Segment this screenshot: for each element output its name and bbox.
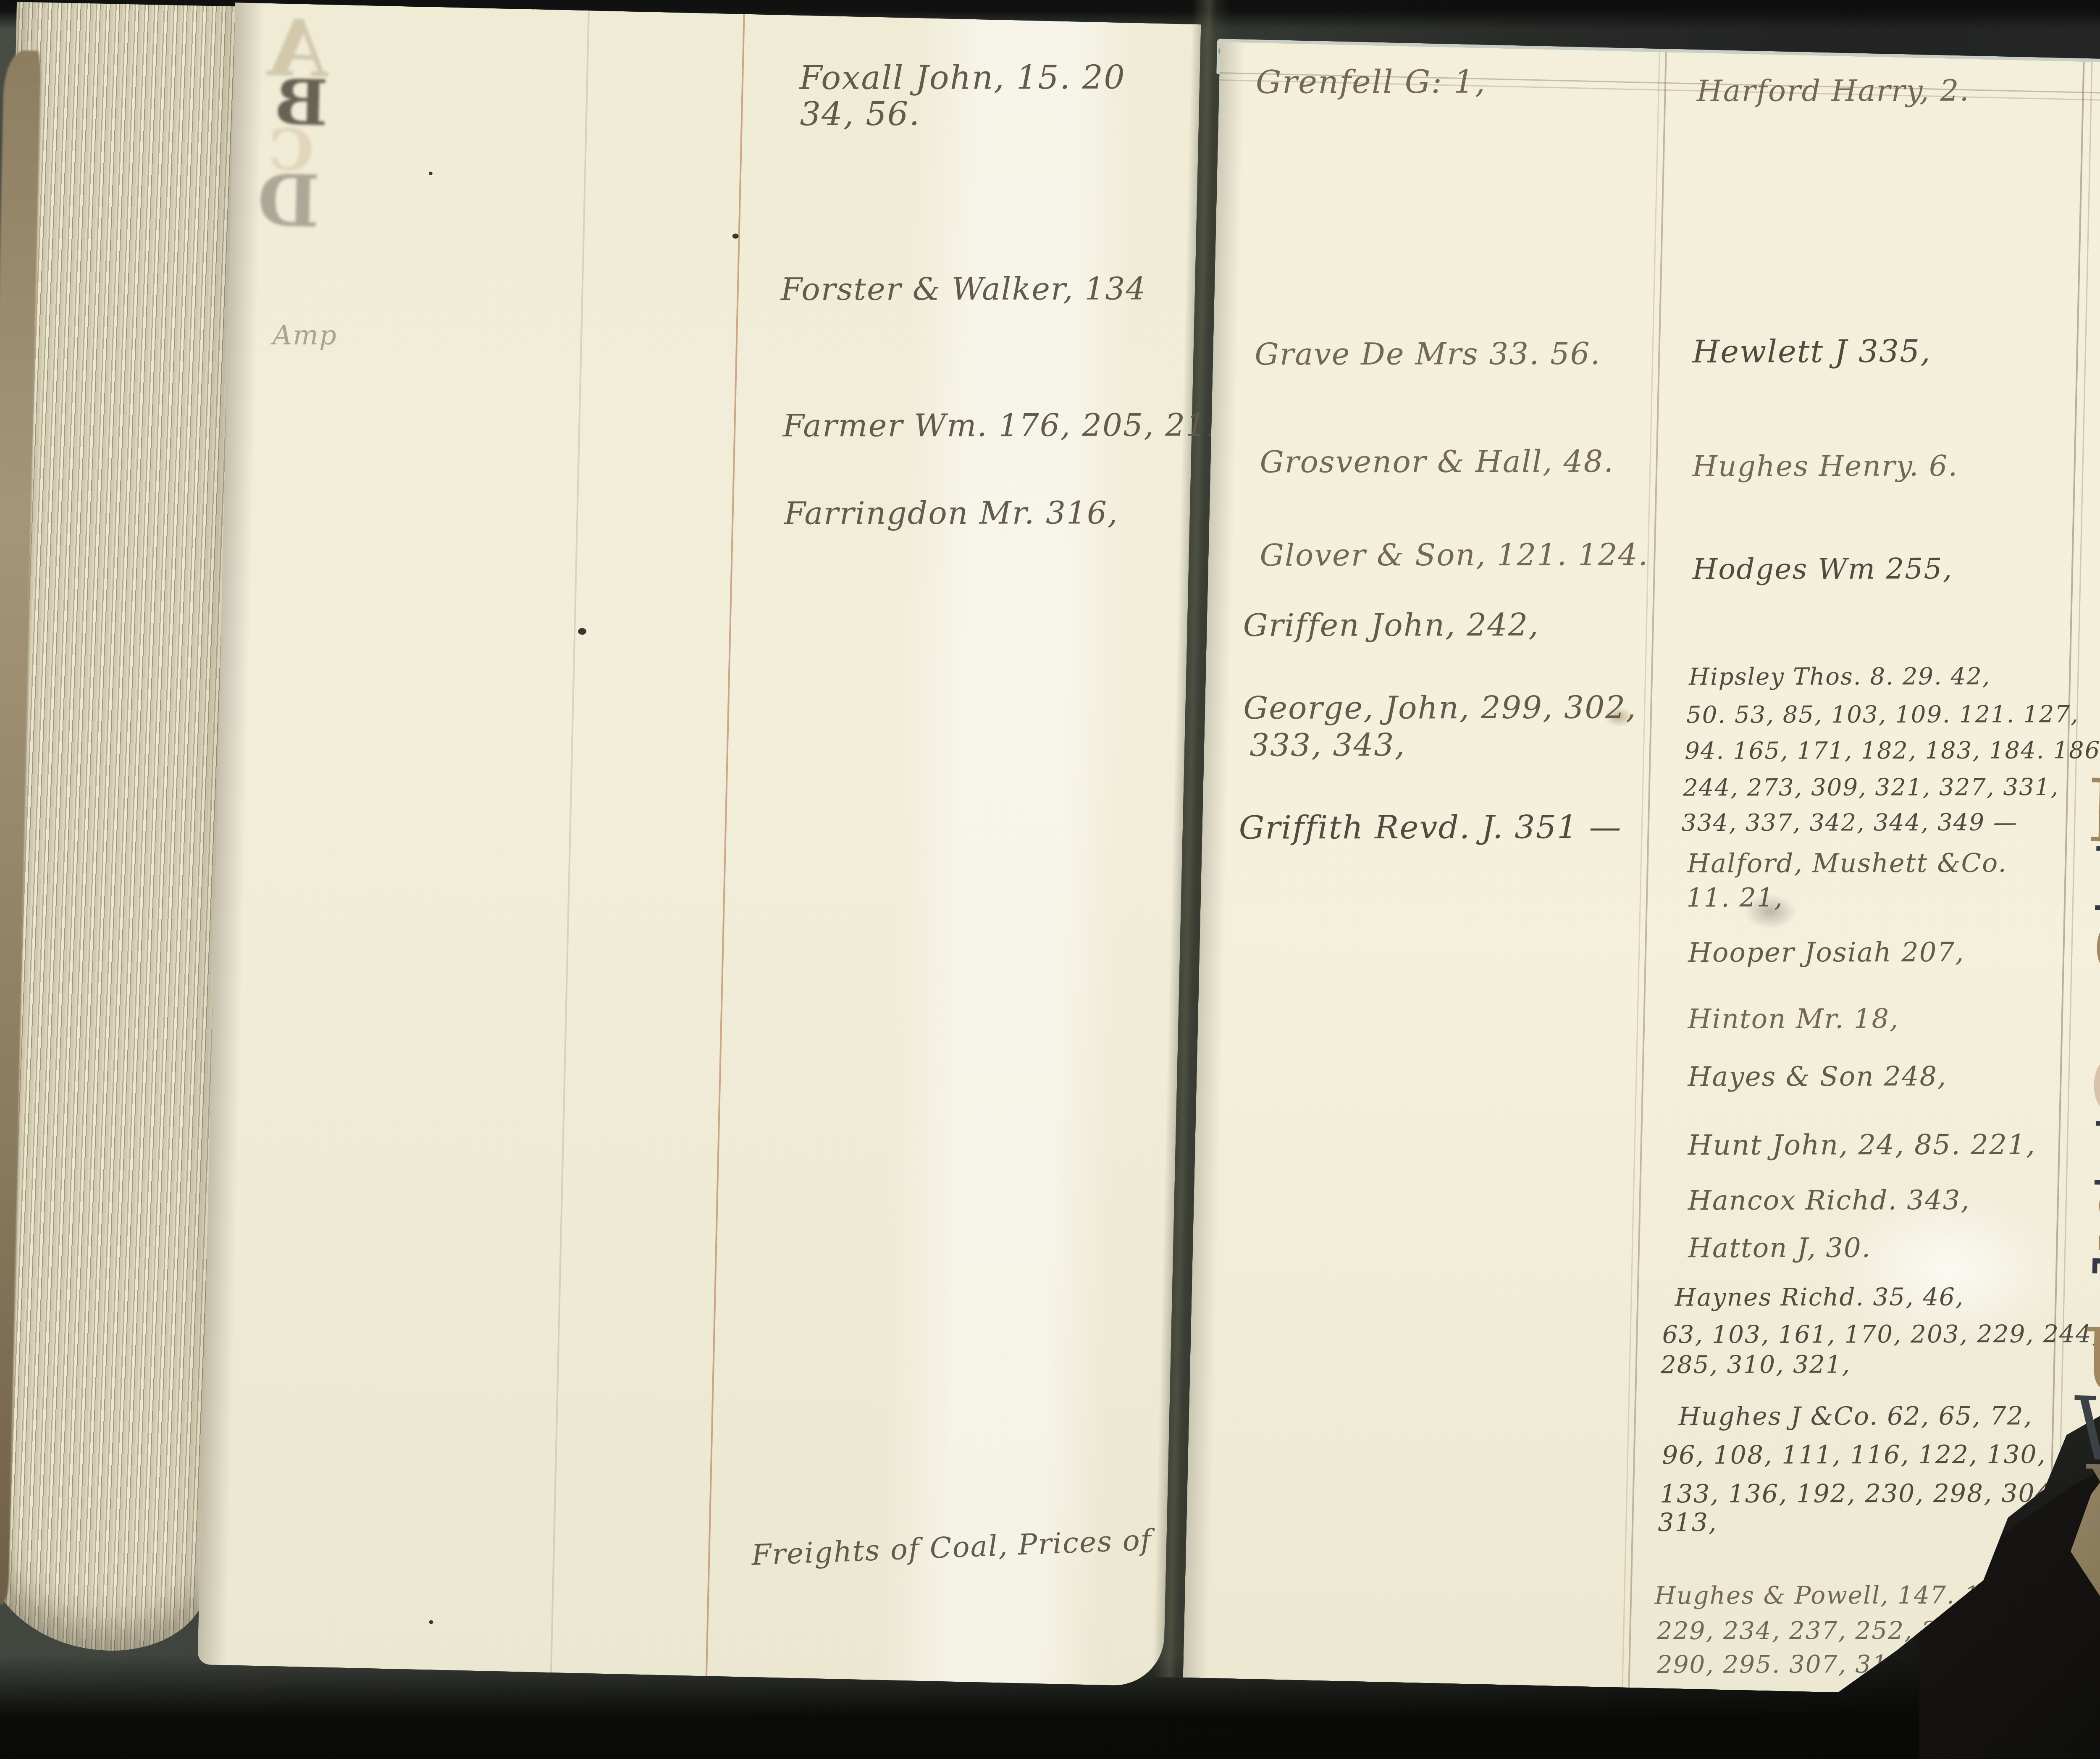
ghost-note-amp: Amp (273, 320, 337, 351)
entry-grosvenor: Grosvenor & Hall, 48. (1260, 444, 1614, 479)
ink-blot (429, 172, 433, 175)
entry-hughes-j-line1: Hughes J &Co. 62, 65, 72, (1678, 1401, 2033, 1431)
entry-foxall-line1: Foxall John, 15. 20 (799, 59, 1126, 97)
footer-note-freights: Freights of Coal, Prices of (751, 1523, 1152, 1572)
ink-blot (578, 628, 586, 635)
entry-farmer: Farmer Wm. 176, 205, 211, (783, 407, 1238, 444)
entry-haynes-line3: 285, 310, 321, (1661, 1350, 1851, 1379)
entry-hodges: Hodges Wm 255, (1693, 552, 1953, 586)
left-page-fold-line (550, 11, 590, 1672)
entry-hunt: Hunt John, 24, 85. 221, (1688, 1129, 2036, 1161)
entry-george-line1: George, John, 299, 302, (1243, 689, 1637, 726)
tab-letter-x: X (2056, 1454, 2100, 1544)
entry-farringdon: Farringdon Mr. 316, (784, 495, 1118, 531)
entry-halford-line1: Halford, Mushett &Co. (1687, 848, 2007, 879)
entry-hughes-henry: Hughes Henry. 6. (1692, 449, 1958, 483)
entry-hancox: Hancox Richd. 343, (1688, 1185, 1970, 1216)
entry-haynes-line1: Haynes Richd. 35, 46, (1675, 1283, 1964, 1312)
entry-hipsley-line4: 244, 273, 309, 321, 327, 331, (1683, 774, 2059, 802)
entry-hayes: Hayes & Son 248, (1688, 1061, 1947, 1092)
entry-harford: Harford Harry, 2. (1697, 74, 1970, 108)
entry-grenfell: Grenfell G: 1, (1256, 63, 1486, 101)
right-page: Grenfell G: 1, Grave De Mrs 33. 56. Gros… (1183, 42, 2100, 1700)
entry-hipsley-line3: 94. 165, 171, 182, 183, 184. 186, (1685, 737, 2100, 765)
column-divider-rule (1628, 52, 1667, 1688)
entry-hughes-j-line3: 133, 136, 192, 230, 298, 304, (1660, 1479, 2061, 1509)
entry-griffith: Griffith Revd. J. 351 — (1239, 808, 1622, 846)
entry-glover: Glover & Son, 121. 124. (1260, 537, 1648, 573)
left-page: A B C D Foxall John, 15. 20 34, 56. Fors… (197, 3, 1201, 1686)
entry-hatton: Hatton J, 30. (1688, 1233, 1871, 1264)
entry-hinton: Hinton Mr. 18, (1688, 1003, 1899, 1035)
left-page-red-rule (706, 14, 745, 1676)
entry-foxall-line2: 34, 56. (800, 95, 920, 134)
entry-hughes-j-line2: 96, 108, 111, 116, 122, 130, (1662, 1440, 2046, 1470)
entry-forster: Forster & Walker, 134 (781, 271, 1147, 308)
entry-hooper: Hooper Josiah 207, (1688, 937, 1965, 969)
entry-griffen: Griffen John, 242, (1243, 607, 1539, 643)
entry-haynes-line2: 63, 103, 161, 170, 203, 229, 244, (1662, 1320, 2100, 1349)
entry-halford-line2: 11. 21, (1686, 882, 1783, 913)
scanner-background: A B C D Foxall John, 15. 20 34, 56. Fors… (0, 0, 2100, 1759)
entry-hewlett: Hewlett J 335, (1693, 333, 1931, 370)
entry-grave: Grave De Mrs 33. 56. (1255, 336, 1601, 372)
ink-blot (732, 234, 739, 239)
ink-blot (429, 1620, 433, 1624)
entry-hipsley-line1: Hipsley Thos. 8. 29. 42, (1689, 663, 1991, 690)
column-divider-rule (1622, 52, 1660, 1688)
entry-george-line2: 333, 343, (1249, 727, 1405, 764)
entry-hughes-j-line4: 313, (1658, 1508, 1717, 1537)
bleed-letter-d: D (257, 165, 320, 237)
entry-hipsley-line5: 334, 337, 342, 344, 349 — (1681, 809, 2018, 837)
entry-hipsley-line2: 50. 53, 85, 103, 109. 121. 127, (1686, 701, 2079, 729)
